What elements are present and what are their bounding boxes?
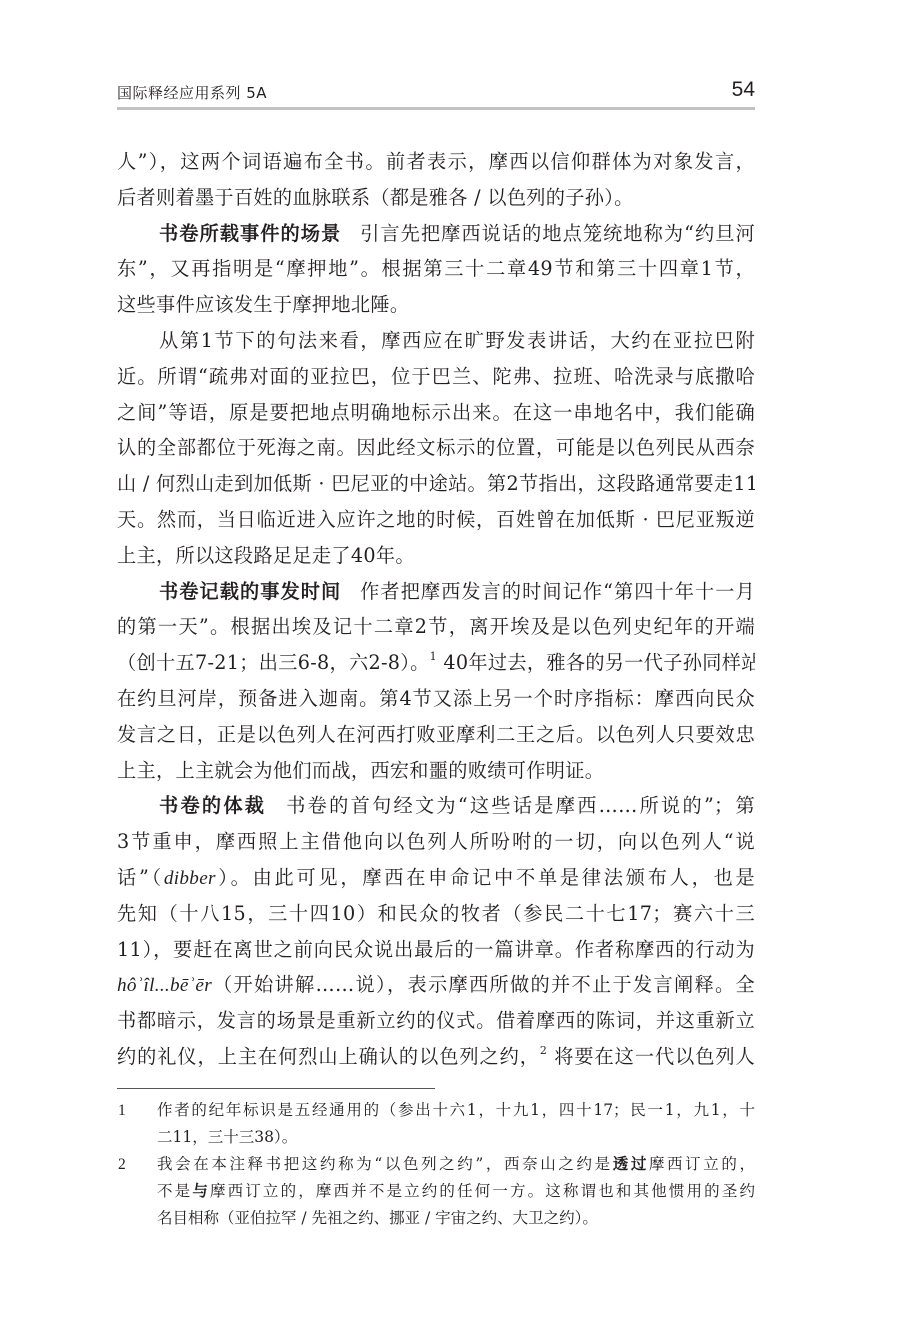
paragraph: 从第1节下的句法来看，摩西应在旷野发表讲话，大约在亚拉巴附 近。所谓“疏弗对面的… xyxy=(117,323,755,574)
text-span: 话”（ xyxy=(117,866,164,889)
footnote-rule xyxy=(117,1088,435,1089)
main-text: 人”），这两个词语遍布全书。前者表示，摩西以信仰群体为对象发言， 后者则着墨于百… xyxy=(117,144,755,1075)
footnote-line: 二11，三十三38）。 xyxy=(157,1124,755,1151)
footnote-line: 不是与摩西订立的，摩西并不是立约的任何一方。这称谓也和其他惯用的圣约 xyxy=(157,1178,755,1205)
text-span: 不是 xyxy=(157,1182,192,1200)
text-span: 约的礼仪，上主在何烈山上确认的以色列之约， xyxy=(117,1045,540,1068)
footnote-ref[interactable]: 2 xyxy=(540,1044,547,1057)
footnote-ref[interactable]: 1 xyxy=(430,650,437,663)
footnote-number: 2 xyxy=(118,1151,126,1178)
text-line: （创十五7-21；出三6-8，六2-8）。1 40年过去，雅各的另一代子孙同样站 xyxy=(117,645,755,681)
text-span: 我会在本注释书把这约称为“以色列之约”，西奈山之约是 xyxy=(157,1155,613,1173)
section-heading: 书卷所载事件的场景 xyxy=(159,222,341,245)
footnote-1: 1 作者的纪年标识是五经通用的（参出十六1，十九1，四十17；民一1，九1，十 … xyxy=(117,1097,755,1151)
text-line: 近。所谓“疏弗对面的亚拉巴，位于巴兰、陀弗、拉班、哈洗录与底撒哈 xyxy=(117,359,755,395)
footnote-line: 我会在本注释书把这约称为“以色列之约”，西奈山之约是透过摩西订立的， xyxy=(157,1151,755,1178)
emphasis: 透过 xyxy=(613,1155,649,1173)
text-span: 作者把摩西发言的时间记作“第四十年十一月 xyxy=(359,580,755,603)
text-line: 人”），这两个词语遍布全书。前者表示，摩西以信仰群体为对象发言， xyxy=(117,144,755,180)
hebrew-term: hôʾîl...bēʾēr xyxy=(117,975,212,996)
text-span: 40年过去，雅各的另一代子孙同样站 xyxy=(443,651,755,674)
footnotes: 1 作者的纪年标识是五经通用的（参出十六1，十九1，四十17；民一1，九1，十 … xyxy=(117,1097,755,1232)
text-span: （开始讲解……说），表示摩西所做的并不止于发言阐释。全 xyxy=(212,973,755,996)
text-line: 之间”等语，原是要把地点明确地标示出来。在这一串地名中，我们能确 xyxy=(117,395,755,431)
text-span: 摩西订立的， xyxy=(649,1155,755,1173)
text-line: 发言之日，正是以色列人在河西打败亚摩利二王之后。以色列人只要效忠 xyxy=(117,717,755,753)
section-heading: 书卷的体裁 xyxy=(159,794,266,817)
paragraph-setting: 书卷所载事件的场景引言先把摩西说话的地点笼统地称为“约旦河 东”，又再指明是“摩… xyxy=(117,216,755,323)
text-line: 山 / 何烈山走到加低斯 · 巴尼亚的中途站。第2节指出，这段路通常要走11 xyxy=(117,466,755,502)
text-line: 话”（dibber）。由此可见，摩西在申命记中不单是律法颁布人，也是 xyxy=(117,860,755,896)
paragraph-time: 书卷记载的事发时间作者把摩西发言的时间记作“第四十年十一月 的第一天”。根据出埃… xyxy=(117,574,755,789)
footnote-number: 1 xyxy=(118,1097,126,1124)
series-title: 国际释经应用系列 5A xyxy=(117,82,267,103)
text-line: 这些事件应该发生于摩押地北陲。 xyxy=(117,287,755,323)
text-line: 上主，所以这段路足足走了40年。 xyxy=(117,538,755,574)
section-heading: 书卷记载的事发时间 xyxy=(159,580,341,603)
text-line: 3节重申，摩西照上主借他向以色列人所吩咐的一切，向以色列人“说 xyxy=(117,824,755,860)
footnote-line: 名目相称（亚伯拉罕 / 先祖之约、挪亚 / 宇宙之约、大卫之约）。 xyxy=(157,1205,755,1232)
text-line: 11），要赶在离世之前向民众说出最后的一篇讲章。作者称摩西的行动为 xyxy=(117,932,755,968)
text-span: ）。由此可见，摩西在申命记中不单是律法颁布人，也是 xyxy=(216,866,755,889)
text-line: 约的礼仪，上主在何烈山上确认的以色列之约，2 将要在这一代以色列人 xyxy=(117,1039,755,1075)
text-line: 书卷记载的事发时间作者把摩西发言的时间记作“第四十年十一月 xyxy=(117,574,755,610)
paragraph: 人”），这两个词语遍布全书。前者表示，摩西以信仰群体为对象发言， 后者则着墨于百… xyxy=(117,144,755,216)
text-line: hôʾîl...bēʾēr（开始讲解……说），表示摩西所做的并不止于发言阐释。全 xyxy=(117,967,755,1003)
text-line: 上主，上主就会为他们而战，西宏和噩的败绩可作明证。 xyxy=(117,753,755,789)
text-span: 书卷的首句经文为“这些话是摩西……所说的”；第 xyxy=(284,794,755,817)
text-line: 书都暗示，发言的场景是重新立约的仪式。借着摩西的陈词，并这重新立 xyxy=(117,1003,755,1039)
text-line: 从第1节下的句法来看，摩西应在旷野发表讲话，大约在亚拉巴附 xyxy=(117,323,755,359)
text-span: 将要在这一代以色列人 xyxy=(554,1045,755,1068)
footnote-line: 作者的纪年标识是五经通用的（参出十六1，十九1，四十17；民一1，九1，十 xyxy=(157,1097,755,1124)
footnote-2: 2 我会在本注释书把这约称为“以色列之约”，西奈山之约是透过摩西订立的， 不是与… xyxy=(117,1151,755,1232)
text-line: 东”，又再指明是“摩押地”。根据第三十二章49节和第三十四章1节， xyxy=(117,251,755,287)
text-line: 书卷所载事件的场景引言先把摩西说话的地点笼统地称为“约旦河 xyxy=(117,216,755,252)
text-span: 引言先把摩西说话的地点笼统地称为“约旦河 xyxy=(359,222,755,245)
text-line: 在约旦河岸，预备进入迦南。第4节又添上另一个时序指标：摩西向民众 xyxy=(117,681,755,717)
hebrew-term: dibber xyxy=(164,868,216,889)
text-span: （创十五7-21；出三6-8，六2-8）。 xyxy=(117,651,430,674)
text-span: 摩西订立的，摩西并不是立约的任何一方。这称谓也和其他惯用的圣约 xyxy=(210,1182,755,1200)
header-rule xyxy=(117,107,755,110)
text-line: 认的全部都位于死海之南。因此经文标示的位置，可能是以色列民从西奈 xyxy=(117,430,755,466)
text-line: 的第一天”。根据出埃及记十二章2节，离开埃及是以色列史纪年的开端 xyxy=(117,609,755,645)
text-line: 先知（十八15，三十四10）和民众的牧者（参民二十七17；赛六十三 xyxy=(117,896,755,932)
emphasis: 与 xyxy=(192,1182,210,1200)
text-line: 后者则着墨于百姓的血脉联系（都是雅各 / 以色列的子孙）。 xyxy=(117,180,755,216)
text-line: 书卷的体裁书卷的首句经文为“这些话是摩西……所说的”；第 xyxy=(117,788,755,824)
running-header: 国际释经应用系列 5A 54 xyxy=(117,80,755,104)
paragraph-genre: 书卷的体裁书卷的首句经文为“这些话是摩西……所说的”；第 3节重申，摩西照上主借… xyxy=(117,788,755,1074)
text-line: 天。然而，当日临近进入应许之地的时候，百姓曾在加低斯 · 巴尼亚叛逆 xyxy=(117,502,755,538)
page-number: 54 xyxy=(732,78,755,102)
